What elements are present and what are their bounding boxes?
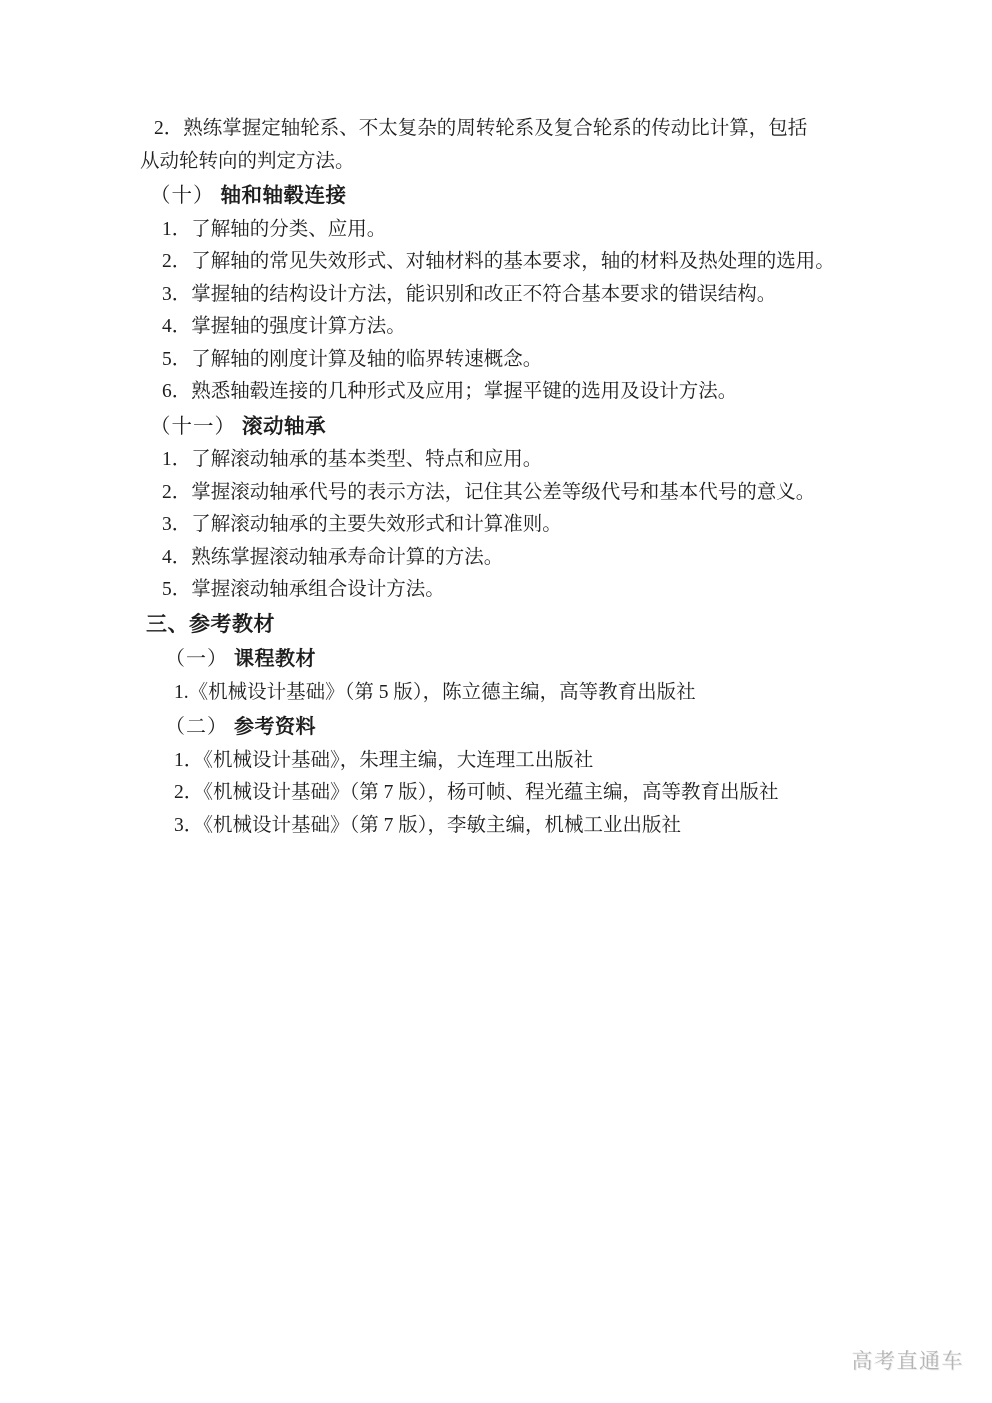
- section-title: 滚动轴承: [242, 415, 326, 438]
- subsection-title: 参考资料: [234, 716, 316, 738]
- list-item: 3．了解滚动轴承的主要失效形式和计算准则。: [162, 509, 852, 542]
- watermark-gaokao-zhitongche: 高考直通车: [852, 1345, 965, 1375]
- list-item: 3．掌握轴的结构设计方法，能识别和改正不符合基本要求的错误结构。: [162, 279, 852, 312]
- subsection-number: （一）: [165, 648, 228, 670]
- subsection-number: （二）: [165, 716, 228, 738]
- chapter-heading-references: 三、参考教材: [140, 609, 852, 642]
- list-item: 2．了解轴的常见失效形式、对轴材料的基本要求，轴的材料及热处理的选用。: [162, 246, 852, 279]
- list-item: 4．熟练掌握滚动轴承寿命计算的方法。: [162, 542, 852, 575]
- section-heading-bearing: （十一）滚动轴承: [140, 411, 852, 444]
- list-item: 5．了解轴的刚度计算及轴的临界转速概念。: [162, 344, 852, 377]
- section-number: （十）: [150, 185, 215, 207]
- list-item: 4．掌握轴的强度计算方法。: [162, 311, 852, 344]
- subsection-heading-reference-material: （二）参考资料: [140, 711, 852, 744]
- book-list-item: 1．《机械设计基础》，朱理主编，大连理工出版社: [174, 745, 852, 778]
- book-list-item: 3．《机械设计基础》（第 7 版），李敏主编，机械工业出版社: [174, 810, 852, 843]
- course-textbook-items: 1.《机械设计基础》（第 5 版），陈立德主编，高等教育出版社: [140, 677, 852, 710]
- section-shaft-items: 1．了解轴的分类、应用。 2．了解轴的常见失效形式、对轴材料的基本要求，轴的材料…: [140, 214, 852, 409]
- section-number: （十一）: [150, 416, 236, 438]
- list-item: 6．熟悉轴毂连接的几种形式及应用；掌握平键的选用及设计方法。: [162, 376, 852, 409]
- subsection-title: 课程教材: [234, 648, 316, 670]
- section-bearing-items: 1．了解滚动轴承的基本类型、特点和应用。 2．掌握滚动轴承代号的表示方法，记住其…: [140, 444, 852, 607]
- book-list-item: 1.《机械设计基础》（第 5 版），陈立德主编，高等教育出版社: [174, 677, 852, 710]
- section-title: 轴和轴毂连接: [221, 184, 347, 207]
- reference-material-items: 1．《机械设计基础》，朱理主编，大连理工出版社 2．《机械设计基础》（第 7 版…: [140, 745, 852, 843]
- list-item: 1．了解轴的分类、应用。: [162, 214, 852, 247]
- document-page: 2．熟练掌握定轴轮系、不太复杂的周转轮系及复合轮系的传动比计算，包括 从动轮转向…: [0, 0, 992, 1403]
- document-body: 2．熟练掌握定轴轮系、不太复杂的周转轮系及复合轮系的传动比计算，包括 从动轮转向…: [140, 113, 852, 842]
- intro-paragraph-line-1: 2．熟练掌握定轴轮系、不太复杂的周转轮系及复合轮系的传动比计算，包括: [140, 113, 852, 146]
- list-item: 5．掌握滚动轴承组合设计方法。: [162, 574, 852, 607]
- list-item: 1．了解滚动轴承的基本类型、特点和应用。: [162, 444, 852, 477]
- subsection-heading-course-textbook: （一）课程教材: [140, 643, 852, 676]
- book-list-item: 2．《机械设计基础》（第 7 版），杨可帧、程光蕴主编，高等教育出版社: [174, 777, 852, 810]
- list-item: 2．掌握滚动轴承代号的表示方法，记住其公差等级代号和基本代号的意义。: [162, 477, 852, 510]
- section-heading-shaft: （十）轴和轴毂连接: [140, 180, 852, 213]
- intro-paragraph-line-2: 从动轮转向的判定方法。: [140, 146, 852, 179]
